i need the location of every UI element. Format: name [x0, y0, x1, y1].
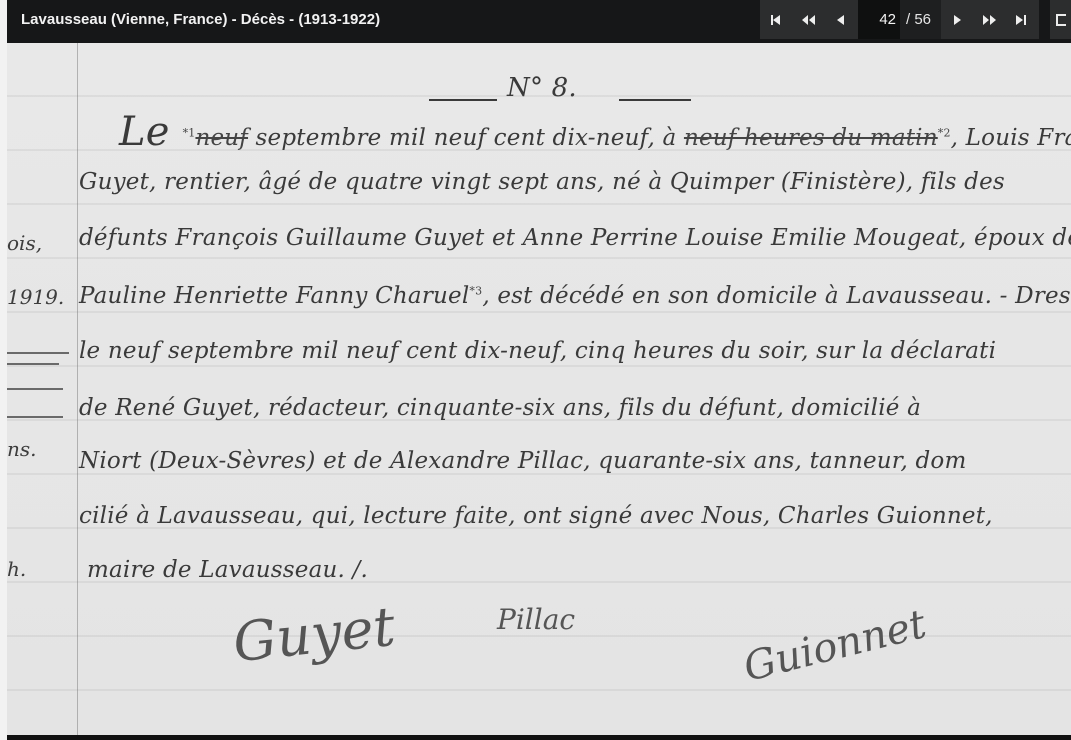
forward-nav-group: [941, 0, 1039, 39]
signature-pillac: Pillac: [497, 603, 575, 636]
scanned-register-page: N° 8. ois, 1919. ns. h. Le *1neuf septem…: [7, 43, 1071, 735]
correction-mark-2: *2: [938, 126, 951, 139]
text-line-6: de René Guyet, rédacteur, cinquante-six …: [79, 395, 921, 421]
window-left-edge: [0, 0, 7, 740]
line-1-end: , Louis Franç: [951, 125, 1071, 151]
text-line-2: Guyet, rentier, âgé de quatre vingt sept…: [79, 169, 1005, 195]
rewind-icon: [802, 15, 815, 25]
text-line-8: cilié à Lavausseau, qui, lecture faite, …: [79, 503, 993, 529]
document-title: Lavausseau (Vienne, France) - Décès - (1…: [21, 11, 380, 28]
fullscreen-icon: [1056, 14, 1066, 26]
skip-last-icon: [1016, 15, 1026, 25]
page-number-input[interactable]: [858, 0, 900, 39]
first-page-button[interactable]: [760, 0, 792, 39]
line-4-start: Pauline Henriette Fanny Charuel: [79, 283, 469, 309]
rewind-button[interactable]: [792, 0, 824, 39]
margin-line: [7, 363, 59, 365]
viewer-toolbar: Lavausseau (Vienne, France) - Décès - (1…: [7, 0, 1071, 43]
margin-rule: [77, 43, 78, 735]
page-indicator: / 56: [858, 0, 941, 39]
caret-right-icon: [954, 15, 961, 25]
correction-mark-3: *3: [469, 284, 482, 297]
signature-guionnet: Guionnet: [739, 601, 930, 691]
previous-page-button[interactable]: [824, 0, 856, 39]
margin-line: [7, 388, 63, 390]
caret-left-icon: [837, 15, 844, 25]
struck-word-1: neuf: [195, 125, 248, 151]
margin-note: ois,: [7, 231, 42, 255]
act-number-line-right: [619, 99, 691, 101]
text-line-1: Le *1neuf septembre mil neuf cent dix-ne…: [119, 109, 1071, 155]
fast-forward-icon: [983, 15, 996, 25]
text-line-9: maire de Lavausseau. /.: [87, 557, 368, 583]
fast-forward-button[interactable]: [973, 0, 1005, 39]
skip-first-icon: [771, 15, 781, 25]
text-line-4: Pauline Henriette Fanny Charuel*3, est d…: [79, 283, 1071, 309]
back-nav-group: [760, 0, 858, 39]
text-line-3: défunts François Guillaume Guyet et Anne…: [79, 225, 1071, 251]
document-viewer[interactable]: N° 8. ois, 1919. ns. h. Le *1neuf septem…: [7, 43, 1071, 735]
act-number-line-left: [429, 99, 497, 101]
margin-line: [7, 416, 63, 418]
text-line-7: Niort (Deux-Sèvres) et de Alexandre Pill…: [79, 448, 966, 474]
margin-note: 1919.: [7, 285, 64, 309]
struck-phrase-2: neuf heures du matin: [684, 125, 938, 151]
next-page-button[interactable]: [941, 0, 973, 39]
text-line-5: le neuf septembre mil neuf cent dix-neuf…: [79, 338, 996, 364]
line-1-text: septembre mil neuf cent dix-neuf, à: [248, 125, 684, 151]
page-total: / 56: [900, 11, 931, 28]
act-number: N° 8.: [507, 73, 577, 103]
margin-line: [7, 352, 69, 354]
viewer-bottom-edge: [7, 735, 1071, 740]
correction-mark-1: *1: [183, 126, 196, 139]
fullscreen-button[interactable]: [1050, 0, 1071, 39]
line-4-end: , est décédé en son domicile à Lavaussea…: [482, 283, 1070, 309]
margin-note: h.: [7, 557, 26, 581]
signature-guyet: Guyet: [230, 595, 398, 675]
margin-note: ns.: [7, 437, 37, 461]
line-1-opening: Le: [119, 109, 183, 155]
last-page-button[interactable]: [1005, 0, 1037, 39]
